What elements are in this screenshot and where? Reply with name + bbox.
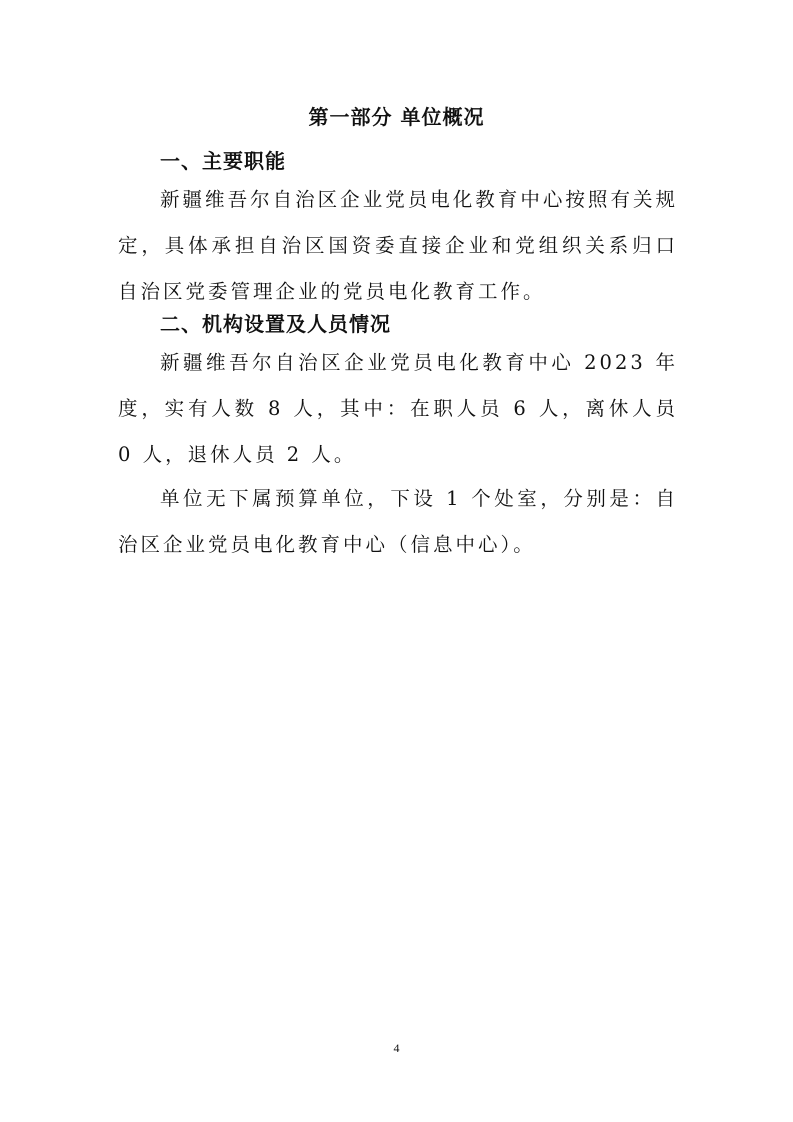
paragraph-main-functions: 新疆维吾尔自治区企业党员电化教育中心按照有关规定，具体承担自治区国资委直接企业和… xyxy=(118,177,678,315)
section-heading-organization-staff: 二、机构设置及人员情况 xyxy=(160,308,391,340)
paragraph-staff-count: 新疆维吾尔自治区企业党员电化教育中心 2023 年度，实有人数 8 人，其中：在… xyxy=(118,340,678,478)
document-page: 第一部分 单位概况 一、主要职能 新疆维吾尔自治区企业党员电化教育中心按照有关规… xyxy=(0,0,793,1122)
section-heading-main-functions: 一、主要职能 xyxy=(160,145,286,177)
page-title: 第一部分 单位概况 xyxy=(0,101,793,133)
paragraph-departments: 单位无下属预算单位，下设 1 个处室，分别是：自治区企业党员电化教育中心（信息中… xyxy=(118,476,678,568)
page-number: 4 xyxy=(0,1041,793,1055)
